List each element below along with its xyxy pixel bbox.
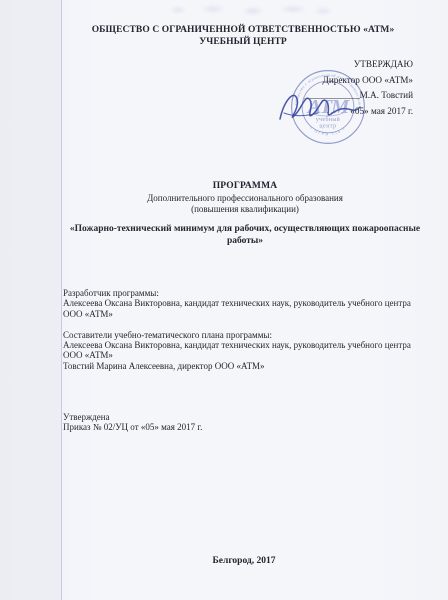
compilers-heading: Составители учебно-тематического плана п…	[63, 330, 429, 340]
ink-bleed-through-artifact	[158, 2, 338, 17]
credits-block: Разработчик программы: Алексеева Оксана …	[63, 288, 429, 371]
program-heading: ПРОГРАММА	[55, 180, 435, 193]
scan-left-margin	[0, 0, 62, 600]
developer-text: Алексеева Оксана Викторовна, кандидат те…	[63, 298, 429, 319]
approval-order-note: Утверждена Приказ № 02/УЦ от «05» мая 20…	[63, 412, 429, 433]
organization-header: ОБЩЕСТВО С ОГРАНИЧЕННОЙ ОТВЕТСТВЕННОСТЬЮ…	[63, 25, 423, 48]
course-title: «Пожарно-технический минимум для рабочих…	[55, 224, 435, 248]
program-title-block: ПРОГРАММА Дополнительного профессиональн…	[55, 180, 435, 248]
compilers-text: Алексеева Оксана Викторовна, кандидат те…	[63, 340, 429, 371]
scanned-document-page: ОБЩЕСТВО С ОГРАНИЧЕННОЙ ОТВЕТСТВЕННОСТЬЮ…	[0, 0, 448, 600]
city-year-footer: Белгород, 2017	[63, 556, 425, 566]
director-signature	[274, 83, 362, 125]
developer-heading: Разработчик программы:	[63, 288, 429, 298]
program-subtitle: Дополнительного профессионального образо…	[55, 193, 435, 215]
